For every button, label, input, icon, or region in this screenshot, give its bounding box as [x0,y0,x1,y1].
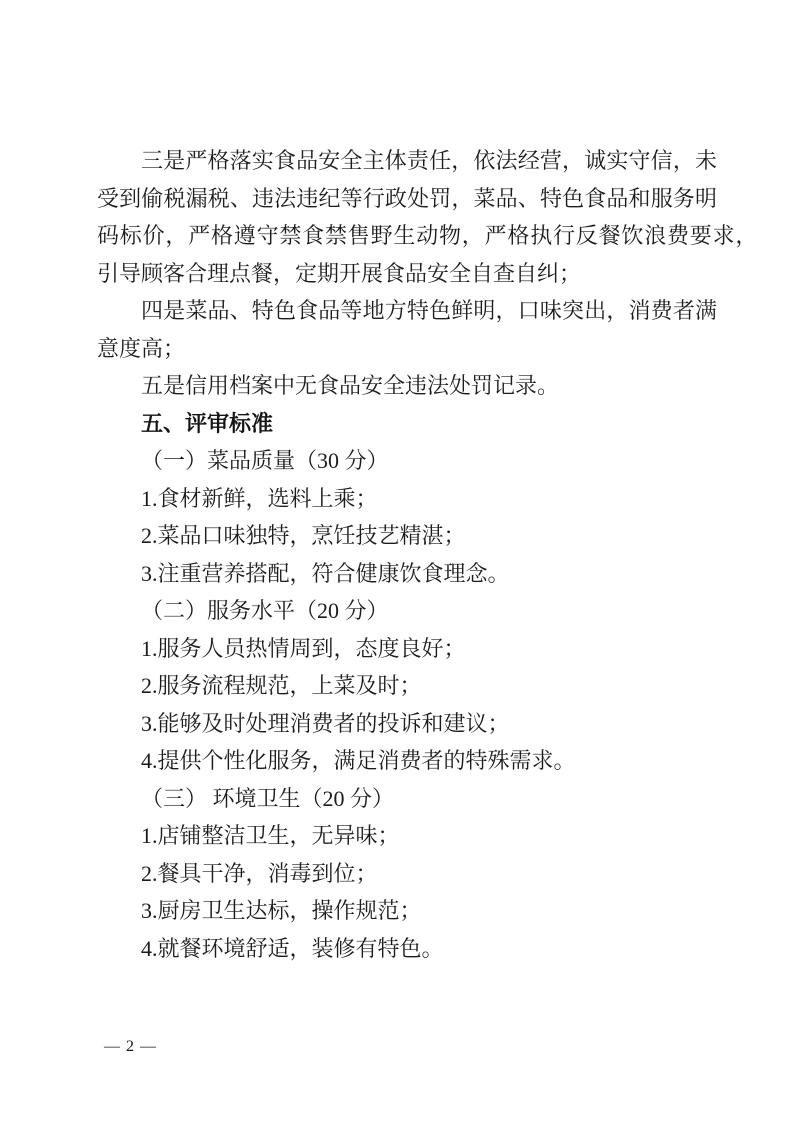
text-line: 3.厨房卫生达标，操作规范； [97,892,717,930]
text-line: （三） 环境卫生（20 分） [97,780,717,818]
page-number: — 2 — [104,1036,157,1058]
text-line: 4.就餐环境舒适，装修有特色。 [97,930,717,968]
text-line: 2.服务流程规范，上菜及时； [97,667,717,705]
text-line: 1.服务人员热情周到，态度良好； [97,630,717,668]
text-line: 三是严格落实食品安全主体责任，依法经营，诚实守信，未 [97,142,717,180]
text-line: 2.餐具干净，消毒到位； [97,855,717,893]
text-line: 4.提供个性化服务，满足消费者的特殊需求。 [97,742,717,780]
text-line: 3.注重营养搭配，符合健康饮食理念。 [97,555,717,593]
text-line: 受到偷税漏税、违法违纪等行政处罚，菜品、特色食品和服务明 [97,180,717,218]
text-line: 引导顾客合理点餐，定期开展食品安全自查自纠； [97,255,717,293]
text-line: 意度高； [97,330,717,368]
text-line: 2.菜品口味独特，烹饪技艺精湛； [97,517,717,555]
section-heading: 五、评审标准 [97,405,717,443]
text-line: 码标价，严格遵守禁食禁售野生动物，严格执行反餐饮浪费要求， [97,217,717,255]
text-line: （一）菜品质量（30 分） [97,442,717,480]
document-page: 三是严格落实食品安全主体责任，依法经营，诚实守信，未受到偷税漏税、违法违纪等行政… [0,0,793,1122]
text-line: 3.能够及时处理消费者的投诉和建议； [97,705,717,743]
document-content: 三是严格落实食品安全主体责任，依法经营，诚实守信，未受到偷税漏税、违法违纪等行政… [97,142,717,967]
text-line: 五是信用档案中无食品安全违法处罚记录。 [97,367,717,405]
text-line: 四是菜品、特色食品等地方特色鲜明，口味突出，消费者满 [97,292,717,330]
text-line: （二）服务水平（20 分） [97,592,717,630]
text-line: 1.食材新鲜，选料上乘； [97,480,717,518]
text-line: 1.店铺整洁卫生，无异味； [97,817,717,855]
